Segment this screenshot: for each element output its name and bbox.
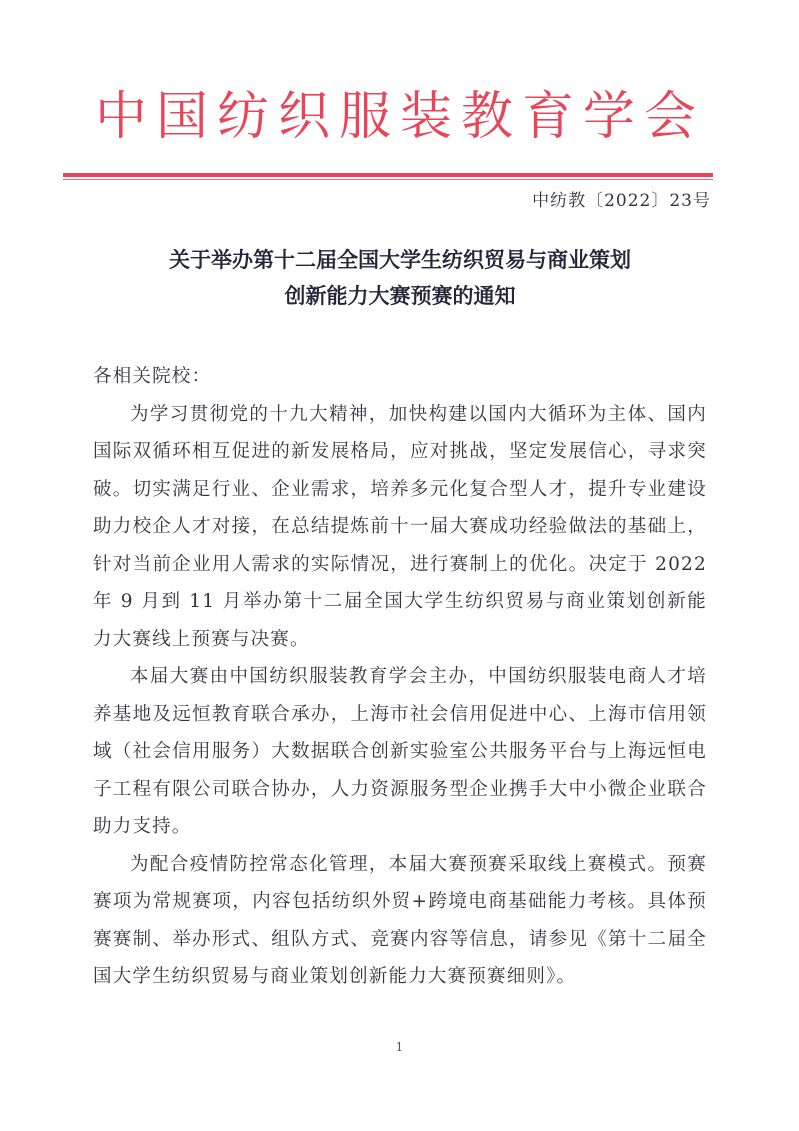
letterhead-title: 中国纺织服装教育学会 [90,82,710,152]
document-title-line-1: 关于举办第十二届全国大学生纺织贸易与商业策划 [90,242,710,278]
paragraph-1: 为学习贯彻党的十九大精神，加快构建以国内大循环为主体、国内国际双循环相互促进的新… [93,396,707,659]
document-title: 关于举办第十二届全国大学生纺织贸易与商业策划 创新能力大赛预赛的通知 [90,242,710,314]
document-number: 中纺教〔2022〕23号 [532,186,711,211]
paragraph-3: 为配合疫情防控常态化管理，本届大赛预赛采取线上赛模式。预赛赛项为常规赛项，内容包… [93,846,707,996]
letterhead-red-rule [63,173,713,177]
document-body: 各相关院校： 为学习贯彻党的十九大精神，加快构建以国内大循环为主体、国内国际双循… [93,358,707,996]
document-title-line-2: 创新能力大赛预赛的通知 [90,278,710,314]
page-number: 1 [0,1040,799,1054]
letterhead-thin-rule [63,179,713,180]
paragraph-2: 本届大赛由中国纺织服装教育学会主办，中国纺织服装电商人才培养基地及远恒教育联合承… [93,658,707,846]
salutation: 各相关院校： [93,358,707,396]
